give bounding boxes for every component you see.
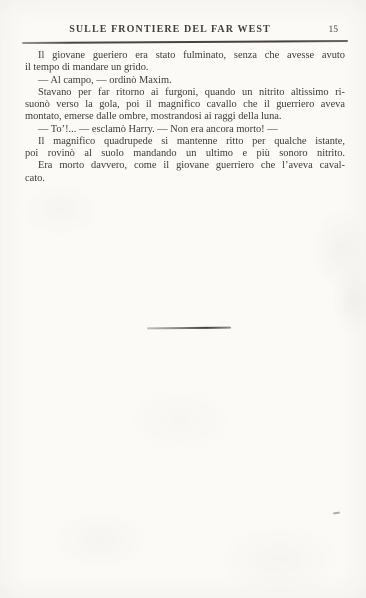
text-line: Era morto davvero, come il giovane guerr… [25,160,345,172]
text-line: Il giovane gueriero era stato fulminato,… [25,50,345,62]
text-line: il tempo di mandare un grido. [25,62,345,74]
text-line: cato. [25,173,345,185]
text-line: — Al campo, — ordinò Maxim. [25,75,345,87]
running-header-title: SULLE FRONTIERE DEL FAR WEST [25,24,315,35]
section-break-rule [147,327,231,330]
text-line: Il magnifico quadrupede si mantenne ritt… [25,136,345,148]
book-page: SULLE FRONTIERE DEL FAR WEST 15 Il giova… [0,0,366,598]
body-text-block: Il giovane gueriero era stato fulminato,… [25,50,345,185]
scan-artifact-speck [333,512,340,515]
header-rule-divider [22,40,348,44]
text-line: suonò verso la gola, poi il magnifico ca… [25,99,345,111]
text-line: Stavano per far ritorno ai furgoni, quan… [25,87,345,99]
text-line: poi rovinò al suolo mandando un ultimo e… [25,148,345,160]
text-line: montato, emerse dalle ombre, mostrandosi… [25,111,345,123]
text-line: — To’!... — esclamò Harry. — Non era anc… [25,124,345,136]
page-number: 15 [329,25,339,35]
